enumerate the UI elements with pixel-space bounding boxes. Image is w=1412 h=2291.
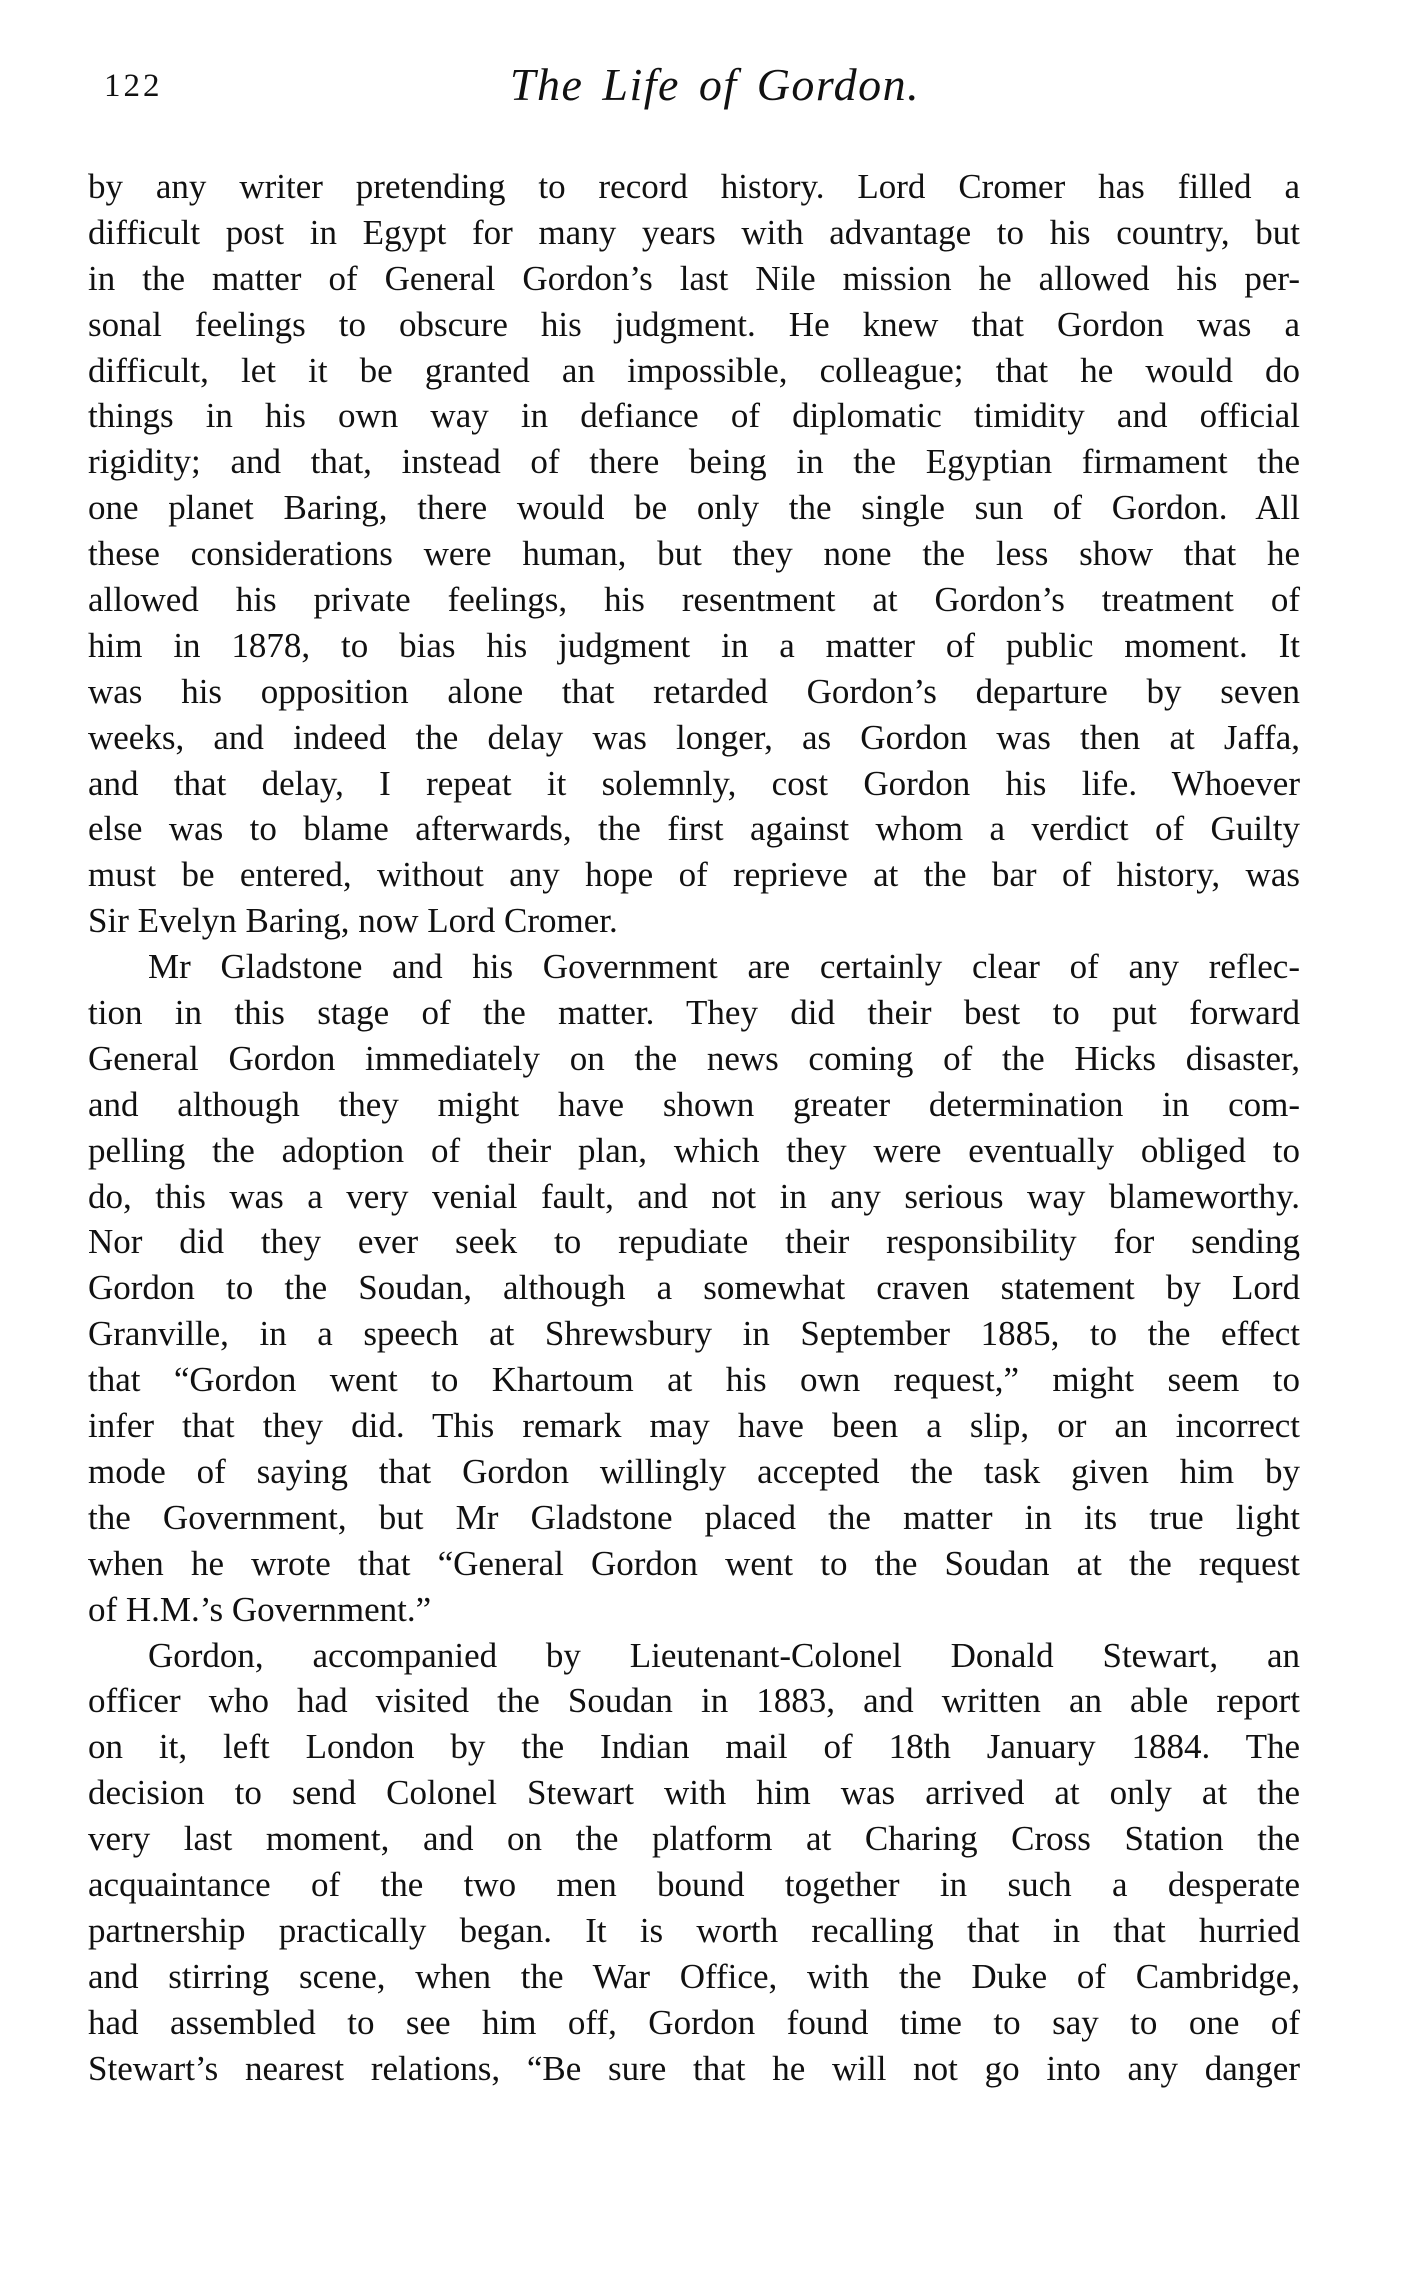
paragraph-3: Gordon, accompanied by Lieutenant-Colone… bbox=[88, 1633, 1300, 2092]
body-text: by any writer pretending to record histo… bbox=[88, 164, 1300, 2091]
text-line: Granville, in a speech at Shrewsbury in … bbox=[88, 1311, 1300, 1357]
text-line: and although they might have shown great… bbox=[88, 1082, 1300, 1128]
text-line: rigidity; and that, instead of there bei… bbox=[88, 439, 1300, 485]
text-line: by any writer pretending to record histo… bbox=[88, 164, 1300, 210]
text-line: very last moment, and on the platform at… bbox=[88, 1816, 1300, 1862]
text-line: Gordon, accompanied by Lieutenant-Colone… bbox=[88, 1633, 1300, 1679]
text-line: and that delay, I repeat it solemnly, co… bbox=[88, 761, 1300, 807]
running-title: The Life of Gordon. bbox=[480, 52, 950, 118]
text-line: sonal feelings to obscure his judgment. … bbox=[88, 302, 1300, 348]
text-line: that “Gordon went to Khartoum at his own… bbox=[88, 1357, 1300, 1403]
text-line: Gordon to the Soudan, although a somewha… bbox=[88, 1265, 1300, 1311]
text-line: weeks, and indeed the delay was longer, … bbox=[88, 715, 1300, 761]
text-line: the Government, but Mr Gladstone placed … bbox=[88, 1495, 1300, 1541]
text-line: difficult, let it be granted an impossib… bbox=[88, 348, 1300, 394]
text-line: difficult post in Egypt for many years w… bbox=[88, 210, 1300, 256]
text-line: Stewart’s nearest relations, “Be sure th… bbox=[88, 2046, 1300, 2092]
text-line: Nor did they ever seek to repudiate thei… bbox=[88, 1219, 1300, 1265]
text-line: had assembled to see him off, Gordon fou… bbox=[88, 2000, 1300, 2046]
text-line: things in his own way in defiance of dip… bbox=[88, 393, 1300, 439]
book-page: 122 The Life of Gordon. by any writer pr… bbox=[0, 0, 1412, 2291]
text-line: of H.M.’s Government.” bbox=[88, 1587, 1300, 1633]
text-line: pelling the adoption of their plan, whic… bbox=[88, 1128, 1300, 1174]
text-line: one planet Baring, there would be only t… bbox=[88, 485, 1300, 531]
text-line: allowed his private feelings, his resent… bbox=[88, 577, 1300, 623]
paragraph-2: Mr Gladstone and his Government are cert… bbox=[88, 944, 1300, 1632]
text-line: in the matter of General Gordon’s last N… bbox=[88, 256, 1300, 302]
text-line: do, this was a very venial fault, and no… bbox=[88, 1174, 1300, 1220]
text-line: Mr Gladstone and his Government are cert… bbox=[88, 944, 1300, 990]
text-line: tion in this stage of the matter. They d… bbox=[88, 990, 1300, 1036]
text-line: when he wrote that “General Gordon went … bbox=[88, 1541, 1300, 1587]
text-line: him in 1878, to bias his judgment in a m… bbox=[88, 623, 1300, 669]
paragraph-1: by any writer pretending to record histo… bbox=[88, 164, 1300, 944]
text-line: Sir Evelyn Baring, now Lord Cromer. bbox=[88, 898, 1300, 944]
text-line: was his opposition alone that retarded G… bbox=[88, 669, 1300, 715]
text-line: mode of saying that Gordon willingly acc… bbox=[88, 1449, 1300, 1495]
text-line: acquaintance of the two men bound togeth… bbox=[88, 1862, 1300, 1908]
text-line: decision to send Colonel Stewart with hi… bbox=[88, 1770, 1300, 1816]
running-head: 122 The Life of Gordon. bbox=[0, 52, 1412, 122]
text-line: partnership practically began. It is wor… bbox=[88, 1908, 1300, 1954]
text-line: infer that they did. This remark may hav… bbox=[88, 1403, 1300, 1449]
text-line: and stirring scene, when the War Office,… bbox=[88, 1954, 1300, 2000]
text-line: officer who had visited the Soudan in 18… bbox=[88, 1678, 1300, 1724]
text-line: must be entered, without any hope of rep… bbox=[88, 852, 1300, 898]
page-number: 122 bbox=[104, 66, 163, 106]
text-line: General Gordon immediately on the news c… bbox=[88, 1036, 1300, 1082]
text-line: else was to blame afterwards, the first … bbox=[88, 806, 1300, 852]
text-line: these considerations were human, but the… bbox=[88, 531, 1300, 577]
text-line: on it, left London by the Indian mail of… bbox=[88, 1724, 1300, 1770]
